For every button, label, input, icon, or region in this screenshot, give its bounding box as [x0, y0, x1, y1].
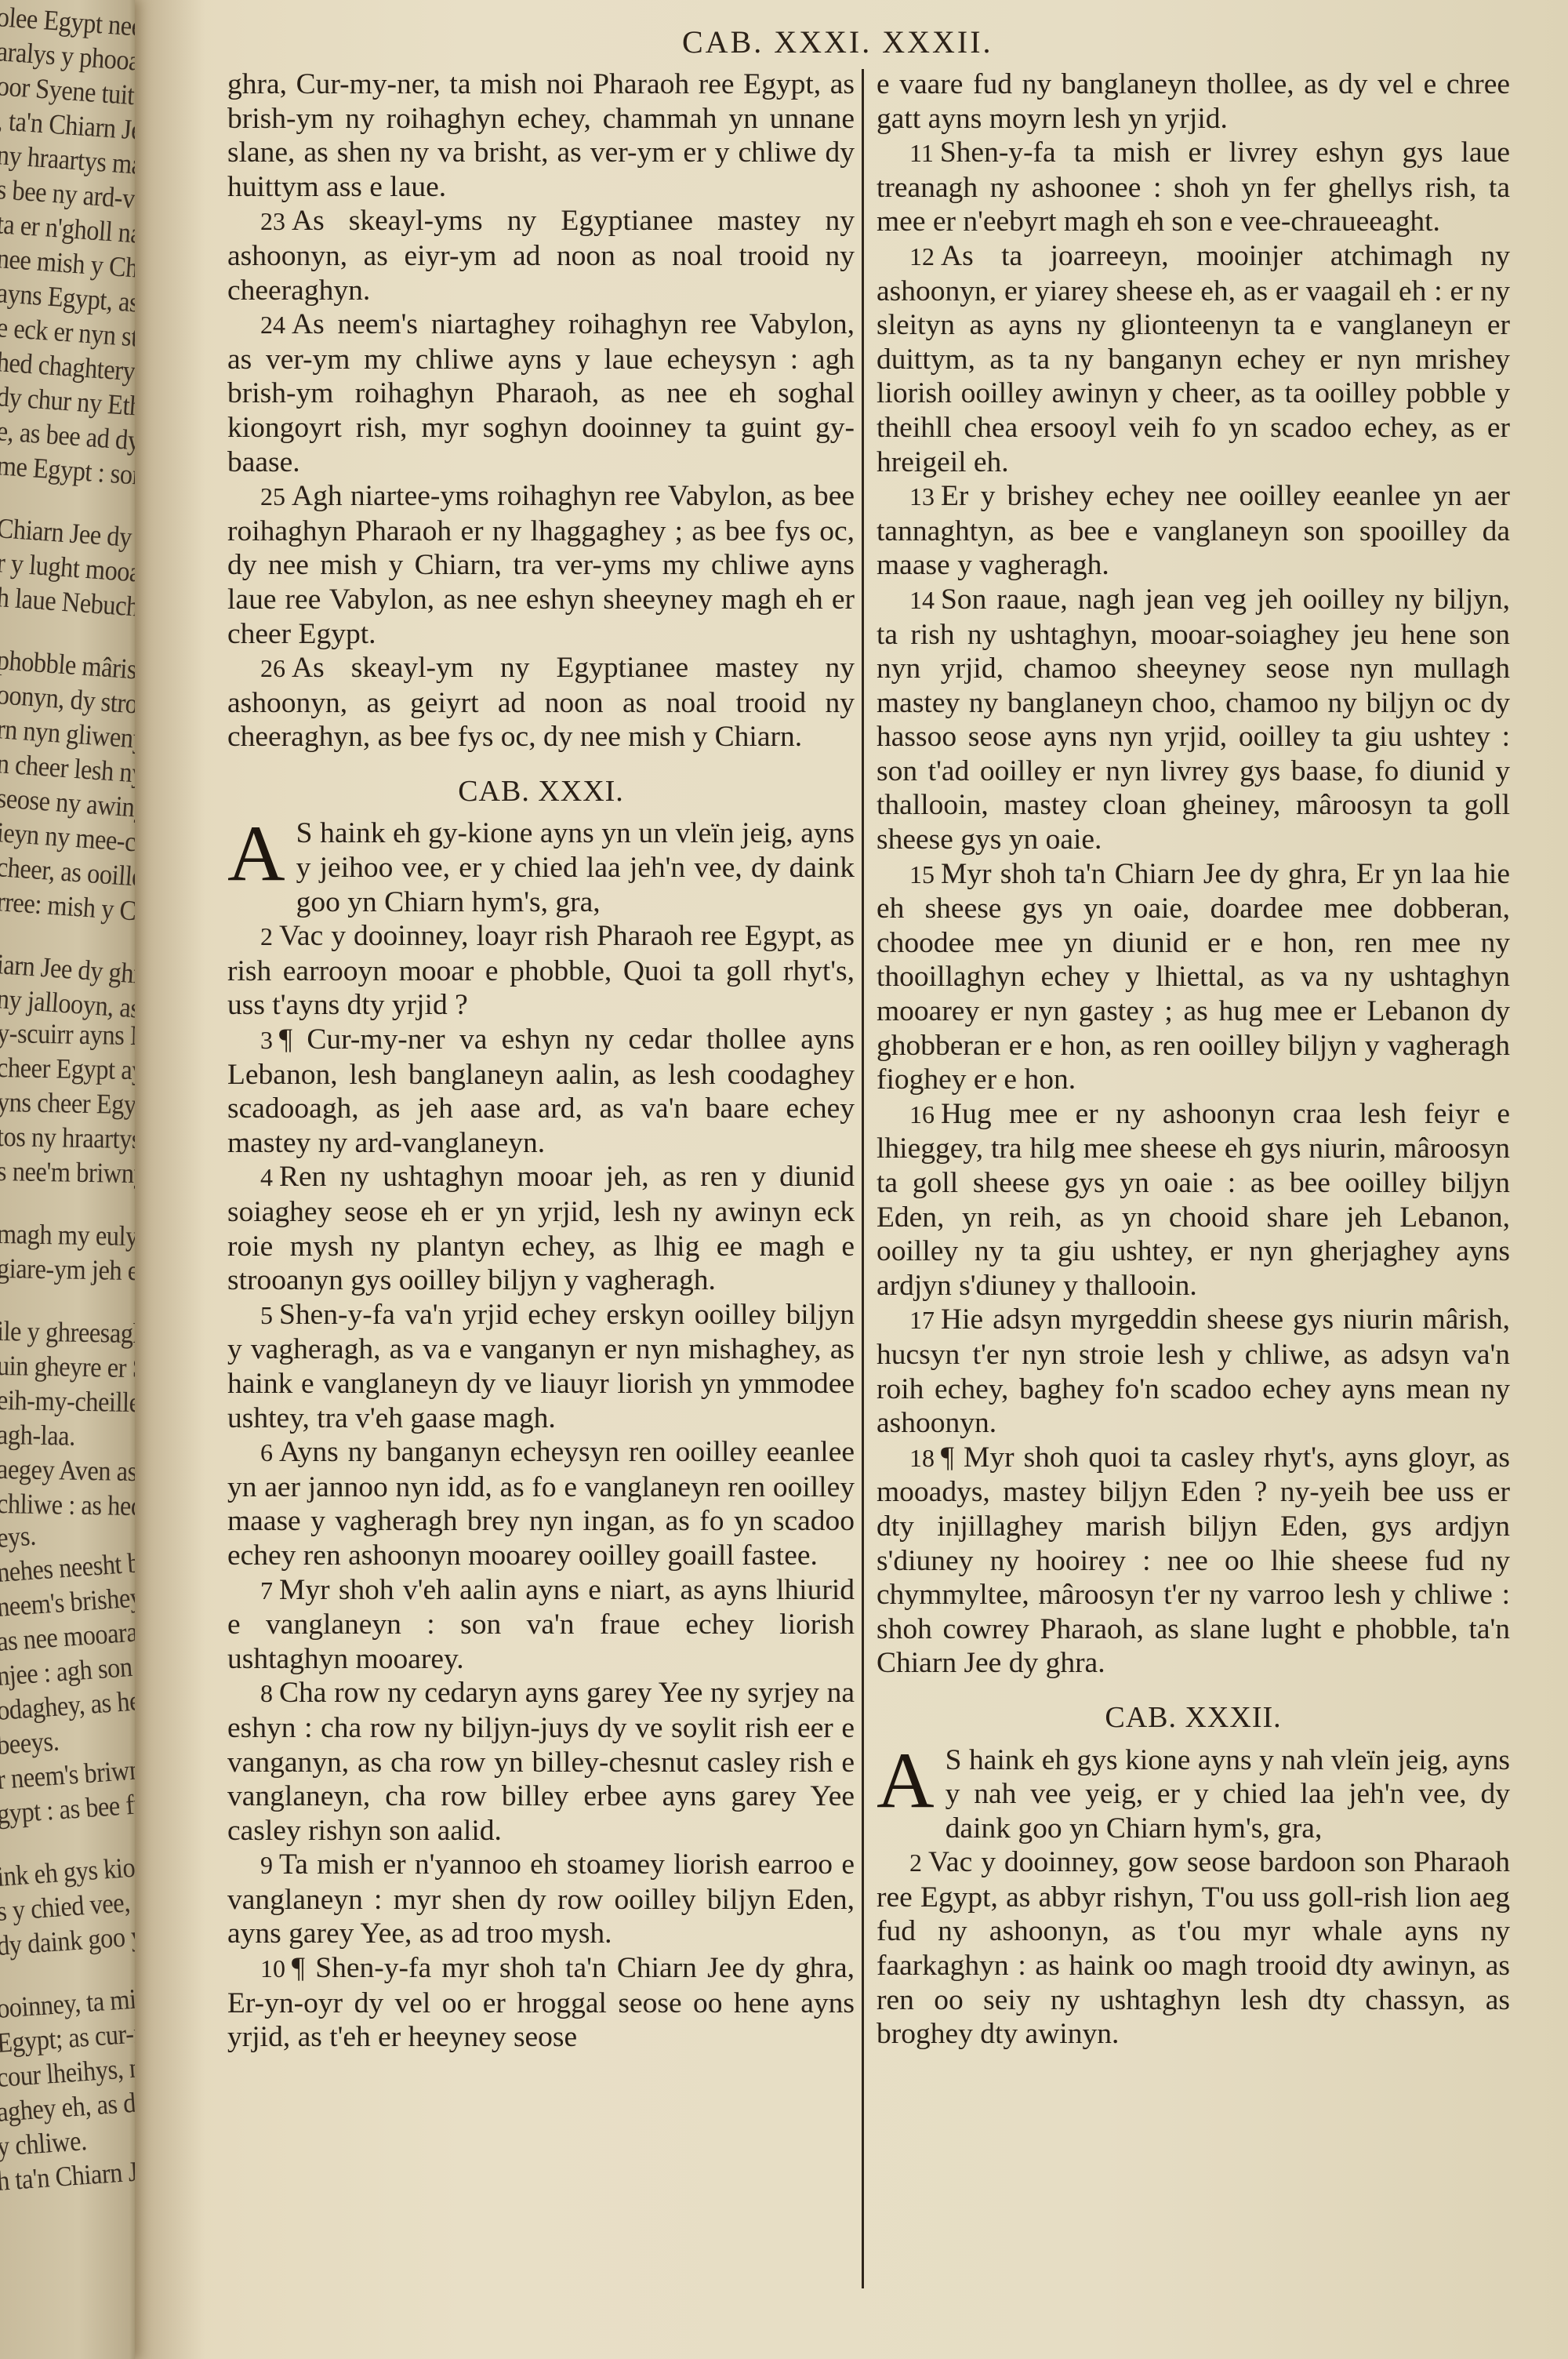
verse-text: Myr shoh v'eh aalin ayns e niart, as ayn…	[227, 1574, 855, 1675]
verse-continuation: ghra, Cur-my-ner, ta mish noi Pharaoh re…	[227, 67, 855, 204]
verse: 3¶ Cur-my-ner va eshyn ny cedar thollee …	[227, 1023, 855, 1160]
facing-page-line: aegey Aven as Phibe	[0, 1452, 135, 1488]
verse-number: 8	[260, 1679, 273, 1707]
verse-text: Ta mish er n'yannoo eh stoamey liorish e…	[227, 1848, 855, 1950]
verse-number: 23	[260, 207, 285, 235]
verse: 23As skeayl-yms ny Egyptianee mastey ny …	[227, 204, 855, 307]
facing-page-line: beeys.	[0, 1725, 60, 1761]
facing-page-line: eys.	[0, 1519, 37, 1554]
facing-page-line: y-scuirr ayns Noph;	[0, 1016, 135, 1052]
verse-number: 13	[909, 482, 935, 511]
verse: 9Ta mish er n'yannoo eh stoamey liorish …	[227, 1848, 855, 1951]
verse-number: 2	[909, 1848, 922, 1877]
facing-page-line: ooinney, ta mish er vrishe	[0, 1975, 135, 2025]
column-divider-rule	[862, 69, 864, 2288]
verse-text: Agh niartee-yms roihaghyn ree Vabylon, a…	[227, 480, 855, 649]
verse-text: Cha row ny cedaryn ayns garey Yee ny syr…	[227, 1677, 855, 1846]
drop-cap: A	[227, 823, 285, 885]
verse-number: 5	[260, 1301, 273, 1329]
verse-text: Myr shoh ta'n Chiarn Jee dy ghra, Er yn …	[877, 858, 1510, 1096]
verse-number: 17	[909, 1306, 935, 1334]
verse-first: AS haink eh gys kione ayns y nah vleïn j…	[877, 1743, 1510, 1846]
verse-number: 9	[260, 1851, 273, 1879]
drop-cap-rest: S	[946, 1744, 962, 1776]
verse: 5Shen-y-fa va'n yrjid echey erskyn ooill…	[227, 1298, 855, 1435]
drop-cap: A	[877, 1750, 935, 1812]
facing-page-line: tos ny hraartys, as ve	[0, 1120, 135, 1157]
verse-number: 25	[260, 482, 285, 511]
verse: 8Cha row ny cedaryn ayns garey Yee ny sy…	[227, 1676, 855, 1848]
verse-number: 18	[909, 1444, 935, 1472]
verse-number: 10	[260, 1954, 285, 1983]
verse-text: Vac y dooinney, loayr rish Pharaoh ree E…	[227, 920, 855, 1021]
verse-number: 26	[260, 654, 285, 682]
verse-text: ¶ Shen-y-fa myr shoh ta'n Chiarn Jee dy …	[227, 1952, 855, 2053]
verse-text: ¶ Cur-my-ner va eshyn ny cedar thollee a…	[227, 1023, 855, 1159]
verse-text: As neem's niartaghey roihaghyn ree Vabyl…	[227, 308, 855, 478]
verse-first: AS haink eh gy-kione ayns yn un vleïn je…	[227, 816, 855, 919]
verse-number: 7	[260, 1576, 273, 1605]
verse-text: haink eh gy-kione ayns yn un vleïn jeig,…	[296, 817, 855, 918]
verse-number: 2	[260, 922, 273, 951]
facing-page-line: me Egypt : son cur-	[0, 449, 135, 495]
verse: 26As skeayl-ym ny Egyptianee mastey ny a…	[227, 651, 855, 754]
facing-page-line: chliwe : as hed nyn	[0, 1487, 135, 1523]
facing-page-line: rree: mish y Chiarn	[0, 885, 135, 931]
verse: 7Myr shoh v'eh aalin ayns e niart, as ay…	[227, 1573, 855, 1677]
verse: 13Er y brishey echey nee ooilley eeanlee…	[877, 479, 1510, 583]
running-head: CAB. XXXI. XXXII.	[682, 24, 1152, 60]
verse: 2Vac y dooinney, loayr rish Pharaoh ree …	[227, 919, 855, 1023]
gutter-shadow	[135, 0, 205, 2359]
verse: 6Ayns ny banganyn echeysyn ren ooilley e…	[227, 1435, 855, 1572]
verse: 11Shen-y-fa ta mish er livrey eshyn gys …	[877, 136, 1510, 239]
verse-text: ¶ Myr shoh quoi ta casley rhyt's, ayns g…	[877, 1441, 1510, 1680]
verse-text: Ayns ny banganyn echeysyn ren ooilley ee…	[227, 1436, 855, 1572]
verse: 2Vac y dooinney, gow seose bardoon son P…	[877, 1845, 1510, 2052]
verse-number: 12	[909, 242, 935, 271]
verse-text: As skeayl-yms ny Egyptianee mastey ny as…	[227, 205, 855, 306]
facing-page-line: ile y ghreesaghey se	[0, 1314, 135, 1350]
verse: 18¶ Myr shoh quoi ta casley rhyt's, ayns…	[877, 1441, 1510, 1681]
verse-text: As skeayl-ym ny Egyptianee mastey ny ash…	[227, 652, 855, 753]
verse-number: 15	[909, 860, 935, 889]
left-column: ghra, Cur-my-ner, ta mish noi Pharaoh re…	[227, 67, 855, 2055]
facing-page-line: s nee'm briwnyssyn	[0, 1154, 135, 1190]
verse: 4Ren ny ushtaghyn mooar jeh, as ren y di…	[227, 1160, 855, 1297]
facing-page-line: magh my eulys er S	[0, 1217, 135, 1253]
facing-page-edge: olee Egypt neearalys y phooar echoor Sye…	[0, 0, 135, 2359]
book-page: olee Egypt neearalys y phooar echoor Sye…	[0, 0, 1568, 2359]
verse: 17Hie adsyn myrgeddin sheese gys niurin …	[877, 1303, 1510, 1440]
verse-number: 6	[260, 1438, 273, 1467]
verse-text: Shen-y-fa ta mish er livrey eshyn gys la…	[877, 136, 1510, 238]
verse-text: Hug mee er ny ashoonyn craa lesh feiyr e…	[877, 1098, 1510, 1302]
verse-text: Shen-y-fa va'n yrjid echey erskyn ooille…	[227, 1299, 855, 1434]
verse-text: Hie adsyn myrgeddin sheese gys niurin mâ…	[877, 1303, 1510, 1439]
verse-number: 24	[260, 311, 285, 339]
verse-text: haink eh gys kione ayns y nah vleïn jeig…	[946, 1744, 1510, 1845]
verse-text: Son raaue, nagh jean veg jeh ooilley ny …	[877, 583, 1510, 856]
verse-number: 14	[909, 586, 935, 614]
facing-page-line: agh-laa.	[0, 1418, 75, 1452]
verse-number: 3	[260, 1026, 273, 1054]
verse-number: 16	[909, 1100, 935, 1129]
facing-page-line: eih-my-cheilley, as hi	[0, 1383, 135, 1420]
verse-number: 11	[909, 139, 934, 167]
verse-text: Er y brishey echey nee ooilley eeanlee y…	[877, 480, 1510, 581]
chapter-heading: CAB. XXXI.	[227, 775, 855, 809]
verse-text: Vac y dooinney, gow seose bardoon son Ph…	[877, 1846, 1510, 2050]
right-column: e vaare fud ny banglaneyn thollee, as dy…	[877, 67, 1510, 2052]
facing-page-line: giare-ym jeh earro	[0, 1252, 135, 1288]
verse: 12As ta joarreeyn, mooinjer atchimagh ny…	[877, 239, 1510, 479]
verse-text: As ta joarreeyn, mooinjer atchimagh ny a…	[877, 240, 1510, 478]
verse-number: 4	[260, 1163, 273, 1191]
facing-page-line: y chliwe.	[0, 2124, 88, 2163]
drop-cap-rest: S	[296, 817, 313, 849]
verse: 24As neem's niartaghey roihaghyn ree Vab…	[227, 307, 855, 479]
verse-text: Ren ny ushtaghyn mooar jeh, as ren y diu…	[227, 1161, 855, 1296]
verse: 14Son raaue, nagh jean veg jeh ooilley n…	[877, 583, 1510, 857]
facing-page-line: cheer Egypt ayn: a	[0, 1051, 135, 1087]
verse-continuation: e vaare fud ny banglaneyn thollee, as dy…	[877, 67, 1510, 136]
verse: 10¶ Shen-y-fa myr shoh ta'n Chiarn Jee d…	[227, 1951, 855, 2055]
facing-page-line: h laue Nebuchadrezz	[0, 580, 135, 627]
facing-page-line: yns cheer Egypt.	[0, 1085, 135, 1121]
chapter-heading: CAB. XXXII.	[877, 1701, 1510, 1736]
verse: 16Hug mee er ny ashoonyn craa lesh feiyr…	[877, 1097, 1510, 1303]
facing-page-line: uin gheyre er Sin, as	[0, 1349, 135, 1385]
verse: 25Agh niartee-yms roihaghyn ree Vabylon,…	[227, 479, 855, 651]
verse: 15Myr shoh ta'n Chiarn Jee dy ghra, Er y…	[877, 857, 1510, 1097]
